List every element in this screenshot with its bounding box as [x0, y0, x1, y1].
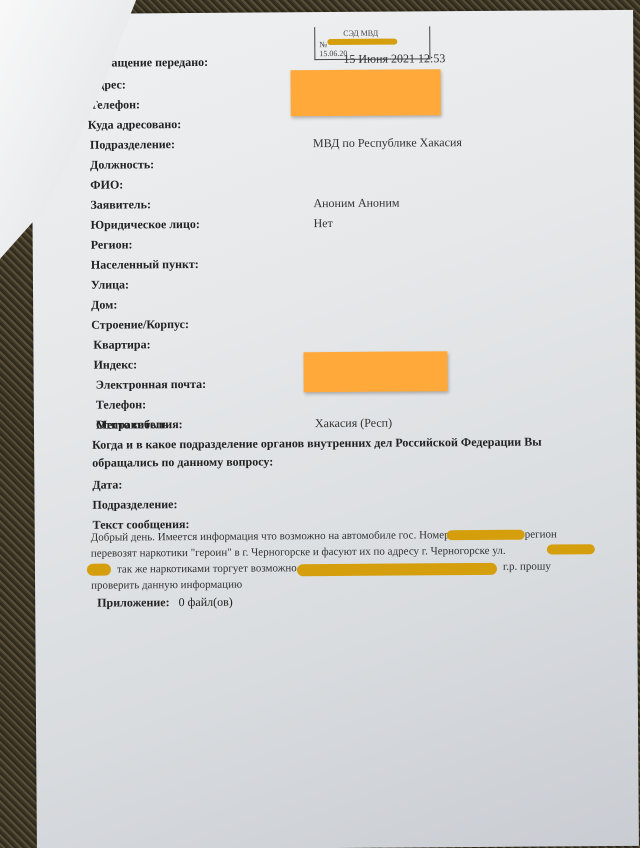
field-label: Юридическое лицо:: [91, 217, 200, 233]
field-value: МВД по Республике Хакасия: [313, 135, 462, 151]
field-value: Хакасия (Респ): [315, 416, 392, 432]
field-value: Нет: [314, 216, 333, 231]
redaction-mark: [547, 544, 595, 554]
field-label: Строение/Корпус:: [91, 317, 189, 333]
field-label: Населенный пункт:: [91, 257, 199, 273]
message-line-2: перевозят наркотики "героин" в г. Черног…: [91, 545, 506, 560]
field-label: Место события:: [96, 417, 183, 433]
message-line-4: проверить данную информацию: [91, 579, 242, 592]
stamp-number: №: [319, 40, 327, 49]
field-label: Регион:: [91, 237, 133, 252]
field-label: Телефон:: [96, 397, 146, 412]
field-value: Аноним Аноним: [313, 196, 399, 212]
field-label: Заявитель:: [90, 197, 151, 212]
field-label: Куда адресовано:: [88, 117, 181, 133]
document-page: СЭД МВД № 15.06.20 Обращение передано: 1…: [31, 10, 639, 848]
field-label: Индекс:: [93, 357, 137, 372]
message-line-1a: Добрый день. Имеется информация что возм…: [91, 529, 450, 544]
attachment-label: Приложение:: [97, 595, 169, 610]
redaction-mark: [87, 564, 111, 576]
field-label: Квартира:: [93, 337, 150, 352]
sub-field-date: Дата:: [92, 477, 122, 492]
sticky-note-redaction: [290, 69, 440, 116]
field-label: Телефон:: [90, 97, 140, 112]
stamp-title: СЭД МВД: [343, 29, 378, 38]
transferred-value: 15 Июня 2021 12:53: [343, 51, 445, 67]
redaction-mark: [327, 39, 397, 45]
field-label: Должность:: [90, 157, 154, 172]
message-line-3a: так же наркотиками торгует возможно: [117, 562, 297, 575]
question-line-1: Когда и в какое подразделение органов вн…: [92, 435, 542, 453]
field-label: Подразделение:: [90, 137, 175, 153]
attachment-row: Приложение: 0 файл(ов): [97, 595, 233, 611]
field-label: Электронная почта:: [96, 377, 207, 393]
message-line-1b: регион: [525, 528, 557, 540]
sub-field-department: Подразделение:: [92, 497, 177, 513]
message-line-3b: г.р. прошу: [503, 560, 551, 572]
field-label: Дом:: [91, 298, 117, 313]
field-label: Улица:: [91, 277, 129, 292]
sticky-note-redaction: [303, 351, 447, 392]
field-label: ФИО:: [90, 177, 123, 192]
attachment-value: 0 файл(ов): [179, 595, 233, 609]
redaction-mark: [447, 530, 525, 541]
redaction-mark: [297, 563, 497, 576]
question-line-2: обращались по данному вопросу:: [92, 454, 273, 470]
